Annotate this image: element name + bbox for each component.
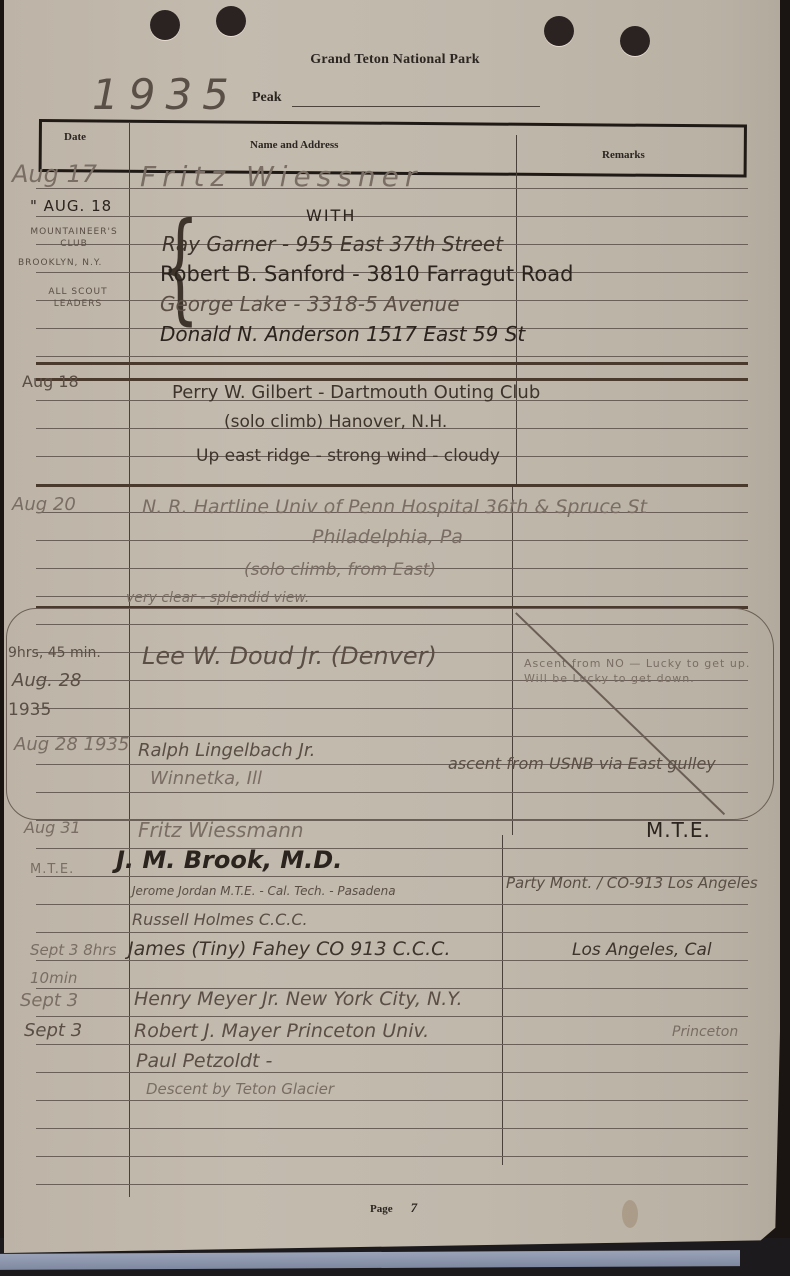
- entry-name: J. M. Brook, M.D.: [116, 846, 342, 874]
- double-rule: [36, 362, 748, 365]
- entry-name: Fritz Wiessmann: [138, 818, 304, 842]
- with-label: WITH: [306, 206, 356, 225]
- entry-date: Sept 3: [20, 990, 78, 1011]
- entry-name: Perry W. Gilbert - Dartmouth Outing Club: [172, 382, 540, 403]
- header-name-address: Name and Address: [250, 139, 338, 151]
- entry-date: Aug 18: [22, 372, 79, 391]
- ruled-line: [36, 1184, 748, 1185]
- entry-date: Aug 28 1935: [14, 734, 129, 755]
- entry-note: Up east ridge - strong wind - cloudy: [196, 446, 500, 466]
- ruled-line: [36, 1128, 748, 1129]
- entry-name: Lee W. Doud Jr. (Denver): [142, 642, 437, 670]
- entry-remarks: Party Mont. / CO-913 Los Angeles: [506, 860, 766, 906]
- entry-date: Sept 3 8hrs 10min: [30, 936, 126, 992]
- entry-remarks: Los Angeles, Cal: [572, 940, 712, 960]
- entry-name: Jerome Jordan M.T.E. - Cal. Tech. - Pasa…: [132, 884, 396, 898]
- club-note: MOUNTAINEER'S CLUB: [20, 226, 128, 250]
- header-remarks: Remarks: [602, 149, 645, 161]
- entry-name: Fritz Wiessner: [140, 160, 422, 193]
- entry-date: " AUG. 18: [30, 197, 112, 215]
- entry-note: (solo climb, from East): [244, 560, 436, 580]
- ruled-line: [36, 1044, 748, 1045]
- ruled-line: [36, 216, 748, 217]
- entry-name: George Lake - 3318-5 Avenue: [160, 292, 460, 316]
- double-rule: [36, 484, 748, 487]
- entry-name: Robert B. Sanford - 3810 Farragut Road: [160, 262, 573, 286]
- year: 1935: [92, 70, 239, 119]
- column-divider: [502, 835, 503, 1165]
- entry-name: Ray Garner - 955 East 37th Street: [162, 232, 503, 256]
- entry-name: N. R. Hartline Univ of Penn Hospital 36t…: [142, 496, 647, 518]
- ruled-line: [36, 1072, 748, 1073]
- ruled-line: [36, 1156, 748, 1157]
- peak-label: Peak: [252, 90, 282, 106]
- entry-name: Donald N. Anderson 1517 East 59 St: [160, 322, 525, 346]
- entry-note: very clear - splendid view.: [126, 590, 309, 606]
- club-note: ALL SCOUT LEADERS: [30, 286, 126, 310]
- paper-stain: [622, 1200, 638, 1228]
- entry-address: Philadelphia, Pa: [312, 526, 463, 548]
- ruled-line: [36, 1016, 748, 1017]
- entry-remarks: ascent from USNB via East gulley: [448, 752, 748, 776]
- header-date: Date: [64, 131, 86, 143]
- ruled-line: [36, 932, 748, 933]
- circled-entries: [6, 608, 774, 820]
- punch-hole: [544, 16, 574, 46]
- double-rule: [36, 378, 748, 381]
- entry-name: Paul Petzoldt -: [136, 1050, 272, 1072]
- entry-date: Aug 31: [24, 818, 81, 837]
- entry-year: 1935: [8, 700, 51, 720]
- entry-date: Aug 20: [12, 494, 76, 515]
- entry-name: Russell Holmes C.C.C.: [132, 910, 308, 929]
- ruled-line: [36, 1100, 748, 1101]
- entry-name: Robert J. Mayer Princeton Univ.: [134, 1020, 429, 1042]
- entry-name: Ralph Lingelbach Jr.: [138, 740, 315, 761]
- entry-date: Aug 17: [12, 160, 97, 188]
- entry-address: Winnetka, Ill: [150, 768, 262, 789]
- entry-name: Henry Meyer Jr. New York City, N.Y.: [134, 988, 463, 1010]
- entry-date: Aug. 28: [12, 670, 82, 691]
- entry-note: Descent by Teton Glacier: [146, 1080, 334, 1098]
- entry-remarks: Princeton: [672, 1024, 738, 1040]
- page-number: 7: [411, 1200, 418, 1215]
- entry-remarks: Ascent from NO — Lucky to get up. Will b…: [524, 656, 774, 686]
- club-note: BROOKLYN, N.Y.: [18, 258, 102, 268]
- ruled-line: [36, 356, 748, 357]
- page-label: Page: [370, 1203, 393, 1215]
- entry-date: M.T.E.: [30, 862, 74, 877]
- entry-date: Sept 3: [24, 1020, 82, 1041]
- entry-name: James (Tiny) Fahey CO 913 C.C.C.: [128, 938, 451, 960]
- punch-hole: [150, 10, 180, 40]
- page-title: Grand Teton National Park: [0, 52, 790, 68]
- page-footer: Page7: [370, 1200, 417, 1216]
- climb-time: 9hrs, 45 min.: [8, 645, 101, 661]
- entry-remarks: M.T.E.: [646, 818, 711, 842]
- punch-hole: [216, 6, 246, 36]
- entry-address: (solo climb) Hanover, N.H.: [224, 412, 447, 432]
- ruled-line: [36, 960, 748, 961]
- peak-field: [292, 106, 540, 107]
